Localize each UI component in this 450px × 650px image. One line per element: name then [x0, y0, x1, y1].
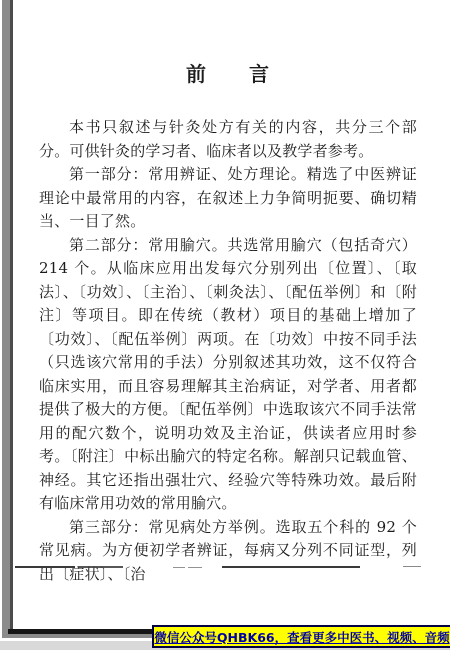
page-left-edge-line	[10, 0, 13, 637]
paragraph-part-three: 第三部分：常见病处方举例。选取五个科的 92 个常见病。为方便初学者辨证，每病又…	[39, 516, 417, 587]
scan-artifact-line	[403, 566, 421, 567]
scan-artifact-line	[222, 566, 360, 568]
page-left-edge-shadow	[2, 0, 10, 637]
wechat-watermark-text: 微信公众号QHBK66，查看更多中医书、视频、音频	[154, 628, 449, 646]
scanned-page: 前 言 本书只叙述与针灸处方有关的内容，共分三个部分。可供针灸的学习者、临床者以…	[39, 58, 417, 586]
page-title: 前 言	[39, 58, 417, 87]
paragraph-intro: 本书只叙述与针灸处方有关的内容，共分三个部分。可供针灸的学习者、临床者以及教学者…	[39, 116, 417, 163]
paragraph-part-two: 第二部分：常用腧穴。共选常用腧穴（包括奇穴）214 个。从临床应用出发每穴分别列…	[39, 234, 417, 516]
scan-artifact-line	[173, 567, 185, 568]
scan-artifact-line	[78, 566, 123, 568]
scan-artifact-line	[15, 566, 75, 568]
wechat-watermark-banner: 微信公众号QHBK66，查看更多中医书、视频、音频	[152, 625, 450, 648]
scan-artifact-line	[188, 567, 202, 568]
paragraph-part-one: 第一部分：常用辨证、处方理论。精选了中医辨证理论中最常用的内容，在叙述上力争简明…	[39, 163, 417, 234]
